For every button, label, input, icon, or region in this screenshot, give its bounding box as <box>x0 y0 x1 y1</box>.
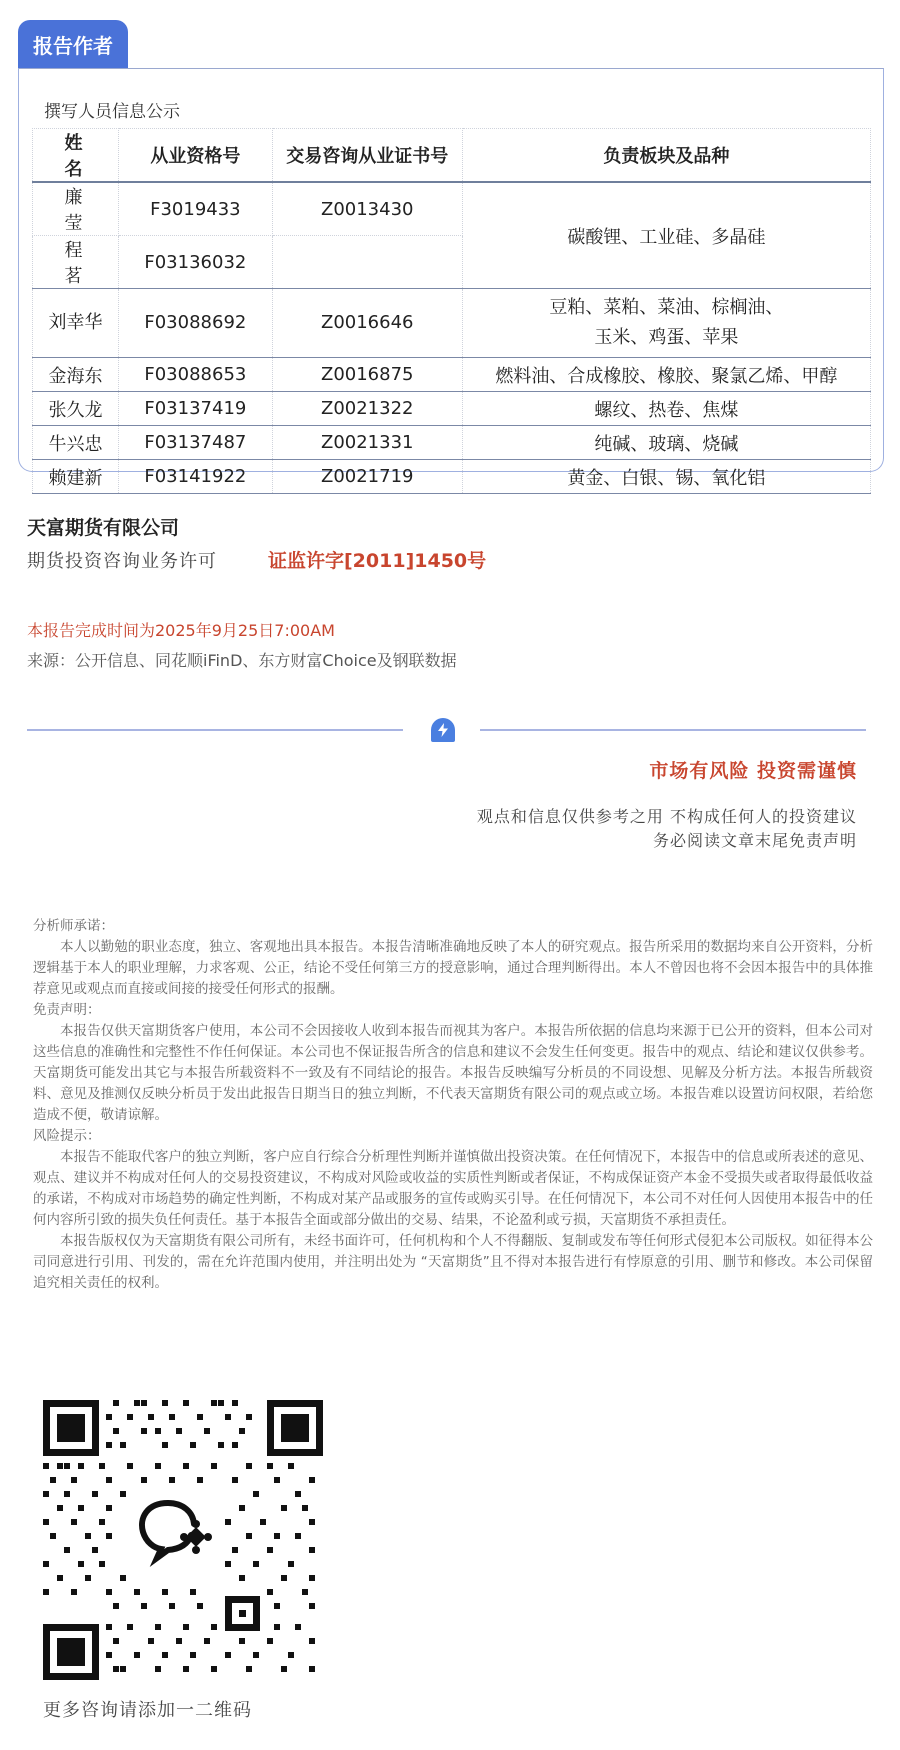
qualification-no: F03137419 <box>118 392 272 426</box>
staff-name: 张久龙 <box>33 392 119 426</box>
divider-right <box>480 729 866 731</box>
license-label: 期货投资咨询业务许可 <box>27 547 217 573</box>
header-consult-cert-no: 交易咨询从业证书号 <box>272 129 462 183</box>
table-row: 赖建新 F03141922 Z0021719 黄金、白银、锡、氧化铝 <box>33 460 871 494</box>
disclaimer-section: 分析师承诺： 本人以勤勉的职业态度，独立、客观地出具本报告。本报告清晰准确地反映… <box>33 916 873 1294</box>
consult-cert-no: Z0021719 <box>272 460 462 494</box>
table-row: 刘幸华 F03088692 Z0016646 豆粕、菜粕、菜油、棕榈油、 玉米、… <box>33 289 871 358</box>
disclaimer-text: 本报告仅供天富期货客户使用，本公司不会因接收人收到本报告而视其为客户。本报告所依… <box>33 1021 873 1126</box>
sectors: 碳酸锂、工业硅、多晶硅 <box>462 182 870 289</box>
consult-cert-no: Z0021331 <box>272 426 462 460</box>
lightning-icon <box>431 718 455 742</box>
copyright-text: 本报告版权仅为天富期货有限公司所有，未经书面许可，任何机构和个人不得翻版、复制或… <box>33 1231 873 1294</box>
analyst-commitment-text: 本人以勤勉的职业态度，独立、客观地出具本报告。本报告清晰准确地反映了本人的研究观… <box>33 937 873 1000</box>
staff-table: 姓 名 从业资格号 交易咨询从业证书号 负责板块及品种 廉 莹 F3019433… <box>32 128 871 494</box>
sectors: 燃料油、合成橡胶、橡胶、聚氯乙烯、甲醇 <box>462 358 870 392</box>
staff-name: 赖建新 <box>33 460 119 494</box>
sectors: 螺纹、热卷、焦煤 <box>462 392 870 426</box>
table-row: 牛兴忠 F03137487 Z0021331 纯碱、玻璃、烧碱 <box>33 426 871 460</box>
header-name: 姓 名 <box>33 129 119 183</box>
consult-cert-no: Z0016875 <box>272 358 462 392</box>
data-source: 来源：公开信息、同花顺iFinD、东方财富Choice及钢联数据 <box>27 648 457 671</box>
table-row: 廉 莹 F3019433 Z0013430 碳酸锂、工业硅、多晶硅 <box>33 182 871 236</box>
consult-cert-no: Z0021322 <box>272 392 462 426</box>
license-value: 证监许字[2011]1450号 <box>268 546 486 573</box>
report-finish-time: 本报告完成时间为2025年9月25日7:00AM <box>27 618 335 641</box>
risk-notice-text: 本报告不能取代客户的独立判断，客户应自行综合分析理性判断并谨慎做出投资决策。在任… <box>33 1147 873 1231</box>
section-tab-report-authors: 报告作者 <box>18 20 128 69</box>
staff-name: 金海东 <box>33 358 119 392</box>
advice-line-1: 观点和信息仅供参考之用 不构成任何人的投资建议 <box>477 804 857 827</box>
qualification-no: F03088692 <box>118 289 272 358</box>
sectors: 豆粕、菜粕、菜油、棕榈油、 玉米、鸡蛋、苹果 <box>462 289 870 358</box>
qualification-no: F03141922 <box>118 460 272 494</box>
divider-left <box>27 729 403 731</box>
table-header-row: 姓 名 从业资格号 交易咨询从业证书号 负责板块及品种 <box>33 129 871 183</box>
sectors-line-2: 玉米、鸡蛋、苹果 <box>467 323 866 353</box>
qualification-no: F3019433 <box>118 182 272 236</box>
consult-cert-no <box>272 236 462 289</box>
header-sectors: 负责板块及品种 <box>462 129 870 183</box>
company-name: 天富期货有限公司 <box>27 513 179 540</box>
header-qualification-no: 从业资格号 <box>118 129 272 183</box>
staff-name: 程 茗 <box>33 236 119 289</box>
table-row: 张久龙 F03137419 Z0021322 螺纹、热卷、焦煤 <box>33 392 871 426</box>
disclaimer-heading: 免责声明： <box>33 1000 873 1021</box>
risk-warning-title: 市场有风险 投资需谨慎 <box>649 756 857 783</box>
qr-caption: 更多咨询请添加一二维码 <box>43 1696 252 1722</box>
staff-name: 廉 莹 <box>33 182 119 236</box>
qr-code[interactable] <box>43 1400 323 1680</box>
advice-line-2: 务必阅读文章末尾免责声明 <box>653 828 857 851</box>
sectors: 黄金、白银、锡、氧化铝 <box>462 460 870 494</box>
staff-name: 牛兴忠 <box>33 426 119 460</box>
table-row: 金海东 F03088653 Z0016875 燃料油、合成橡胶、橡胶、聚氯乙烯、… <box>33 358 871 392</box>
consult-cert-no: Z0016646 <box>272 289 462 358</box>
qualification-no: F03136032 <box>118 236 272 289</box>
analyst-commitment-heading: 分析师承诺： <box>33 916 873 937</box>
consult-cert-no: Z0013430 <box>272 182 462 236</box>
qualification-no: F03137487 <box>118 426 272 460</box>
sectors-line-1: 豆粕、菜粕、菜油、棕榈油、 <box>467 293 866 323</box>
risk-notice-heading: 风险提示： <box>33 1126 873 1147</box>
staff-name: 刘幸华 <box>33 289 119 358</box>
staff-table-caption: 撰写人员信息公示 <box>44 97 180 122</box>
sectors: 纯碱、玻璃、烧碱 <box>462 426 870 460</box>
qualification-no: F03088653 <box>118 358 272 392</box>
qr-code-pattern <box>43 1400 323 1680</box>
